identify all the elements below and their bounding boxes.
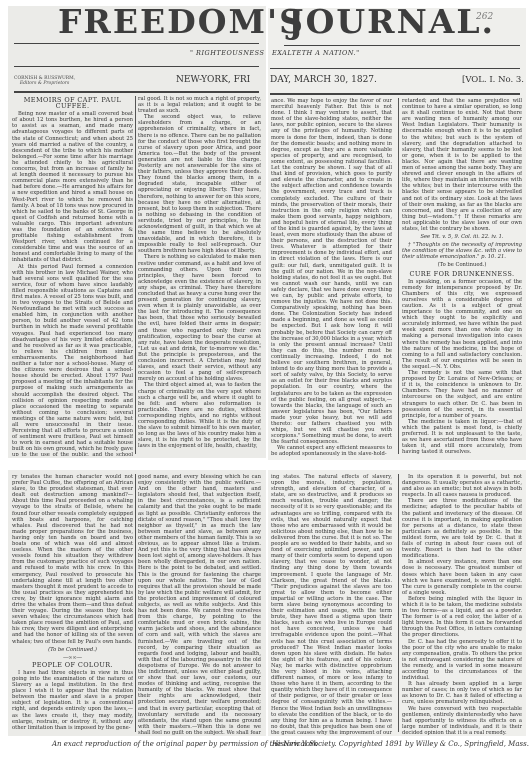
column-8: In its operation it is powerful, but not… <box>402 474 522 736</box>
motto-right: EXALTETH A NATION." <box>272 49 360 57</box>
paragraph: In its operation it is powerful, but not… <box>402 474 522 498</box>
motto-left: " RIGHTEOUSNESS <box>190 49 264 57</box>
column-divider <box>135 474 136 732</box>
column-divider <box>398 98 399 454</box>
paragraph: There is nothing so calculated to make m… <box>138 254 261 382</box>
article-heading: MEMOIRS OF CAPT. PAUL CUFFEE. <box>12 97 133 109</box>
paragraph: ry tenates the human character would not… <box>12 474 133 645</box>
volume-number: [VOL. I. No. 3. <box>462 75 524 85</box>
page-annotation: 262 <box>476 12 493 22</box>
paragraph: We have conversed with two respectable g… <box>402 706 522 736</box>
paragraph: ance. We may hope to enjoy the favor of … <box>271 98 392 445</box>
paragraph: Before being mingled with the liquor in … <box>402 596 522 639</box>
column-1: MEMOIRS OF CAPT. PAUL CUFFEE. Being now … <box>12 96 133 456</box>
paragraph: good name, and every blessing which he c… <box>138 474 261 736</box>
dateline-left: NEW-YORK, FRI <box>176 75 250 85</box>
ornament-divider: —∞∞— <box>12 655 133 661</box>
column-2: ral good. It is not so much a right of p… <box>138 96 261 456</box>
column-7: ing states. The natural effects of slave… <box>271 474 392 736</box>
to-be-continued: (To be Continued.) <box>12 647 133 653</box>
paragraph: ral good. It is not so much a right of p… <box>138 96 261 114</box>
footnote: See Tit. v. 5, 9. Col. iii. 22. iv. 1. <box>402 234 522 240</box>
to-be-continued: (To be Continued.) <box>402 262 522 268</box>
paragraph: The medicine is taken in liquor:—that of… <box>402 419 522 456</box>
article-heading: CURE FOR DRUNKENNESS. <box>402 271 522 277</box>
reproduction-credit-right: Historical Society. Copyrighted 1891 by … <box>272 740 529 748</box>
publishers: CORNISH & RUSSWURM, Editors & Proprietor… <box>14 76 75 86</box>
paragraph: In speaking, on a former occasion, of th… <box>402 279 522 370</box>
column-4: retarded; and that the same prejudice wi… <box>402 98 522 456</box>
paragraph: The remedy is not the same with that pro… <box>402 370 522 419</box>
column-3: ance. We may hope to enjoy the favor of … <box>271 98 392 456</box>
paragraph: I have had three objects in view in thus… <box>12 670 133 731</box>
column-6: good name, and every blessing which he c… <box>138 474 261 736</box>
masthead-title-left: FREEDOM'S <box>58 4 305 40</box>
paragraph: The third object aimed at, was to fasten… <box>138 382 261 449</box>
paragraph: At this period Paul formed a connexion w… <box>12 264 133 456</box>
column-divider <box>135 96 136 454</box>
masthead-title-right: JOURNAL. <box>288 4 495 40</box>
column-divider <box>398 474 399 732</box>
column-5: ry tenates the human character would not… <box>12 474 133 736</box>
header-rule <box>270 93 520 95</box>
motto-rule <box>270 68 520 69</box>
paragraph: The second object was, to relieve slaveh… <box>138 114 261 254</box>
dateline-right: DAY, MARCH 30, 1827. <box>270 75 377 85</box>
motto-rule <box>14 66 259 67</box>
masthead-rule <box>14 43 259 44</box>
paragraph: We cannot expect any efficient measures … <box>271 445 392 456</box>
paragraph: There are three modifications of the med… <box>402 498 522 559</box>
article-heading: PEOPLE OF COLOUR. <box>12 662 133 668</box>
paragraph: Dr. C. has had the generosity to offer i… <box>402 639 522 682</box>
paragraph: retarded; and that the same prejudice wi… <box>402 98 522 232</box>
paragraph: ing states. The natural effects of slave… <box>271 474 392 736</box>
paragraph: Being now master of a small covered boat… <box>12 111 133 263</box>
masthead-rule <box>284 45 520 46</box>
header-rule <box>14 91 259 93</box>
footnote: † "Thoughts on the necessity of improvin… <box>402 242 522 260</box>
paragraph: In almost every instance, more than one … <box>402 559 522 596</box>
paragraph: It has already been applied in a large n… <box>402 681 522 705</box>
publishers-role: Editors & Proprietors <box>14 81 75 86</box>
